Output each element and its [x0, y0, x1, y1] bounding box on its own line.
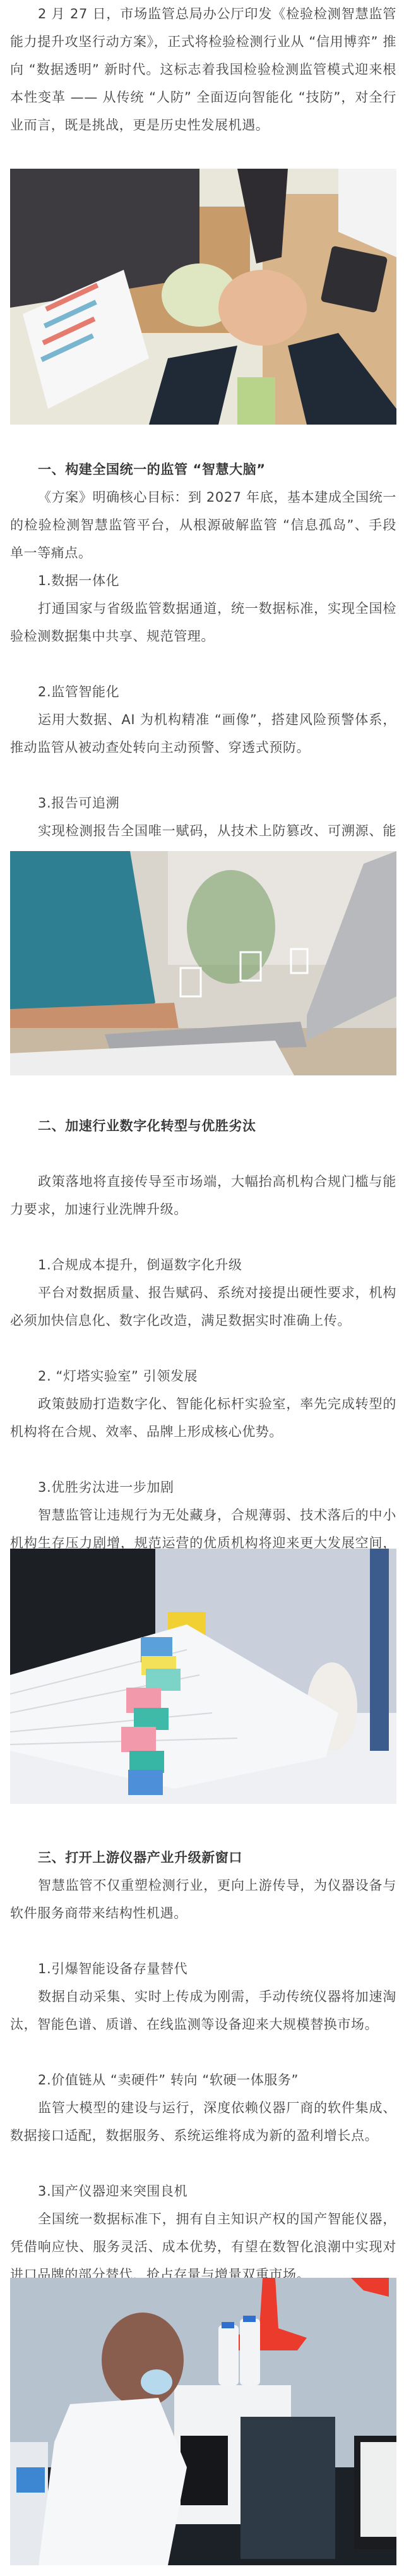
section-2-item-3-title: 3.优胜劣汰进一步加剧 [10, 1473, 396, 1501]
lab-instrument-photo-icon [10, 2278, 396, 2565]
lab-instrument-image [10, 2278, 396, 2565]
section-2-heading: 二、加速行业数字化转型与优胜劣汰 [10, 1112, 396, 1140]
teamwork-hands-photo-icon [10, 169, 396, 425]
section-2-item-1-title: 1.合规成本提升，倒逼数字化升级 [10, 1251, 396, 1279]
paper-stack-photo-icon [10, 1549, 396, 1804]
section-1-item-2-body: 运用大数据、AI 为机构精准 “画像”，搭建风险预警体系，推动监管从被动查处转向… [10, 706, 396, 761]
section-2-item-1-body: 平台对数据质量、报告赋码、系统对接提出硬性要求，机构必须加快信息化、数字化改造，… [10, 1279, 396, 1334]
section-3-item-3-body: 全国统一数据标准下，拥有自主知识产权的国产智能仪器，凭借响应快、服务灵活、成本优… [10, 2205, 396, 2289]
section-3-heading: 三、打开上游仪器产业升级新窗口 [10, 1844, 396, 1872]
section-2-item-2-body: 政策鼓励打造数字化、智能化标杆实验室，率先完成转型的机构将在合规、效率、品牌上形… [10, 1390, 396, 1446]
section-3-item-2-body: 监管大模型的建设与运行，深度依赖仪器厂商的软件集成、数据接口适配，数据服务、系统… [10, 2094, 396, 2150]
section-1-item-1-body: 打通国家与省级监管数据通道，统一数据标准，实现全国检验检测数据集中共享、规范管理… [10, 595, 396, 650]
section-2: 二、加速行业数字化转型与优胜劣汰 政策落地将直接传导至市场端，大幅抬高机构合规门… [10, 1112, 396, 1585]
section-3-item-1-title: 1.引爆智能设备存量替代 [10, 1955, 396, 1983]
section-3-intro: 智慧监管不仅重塑检测行业，更向上游传导，为仪器设备与软件服务商带来结构性机遇。 [10, 1872, 396, 1927]
laptop-documents-photo-icon [10, 851, 396, 1075]
paper-stack-image [10, 1549, 396, 1804]
section-1-intro: 《方案》明确核心目标：到 2027 年底，基本建成全国统一的检验检测智慧监管平台… [10, 483, 396, 567]
teamwork-hands-image [10, 169, 396, 425]
section-3-item-2-title: 2.价值链从 “卖硬件” 转向 “软硬一体服务” [10, 2066, 396, 2094]
section-1-item-2-title: 2.监管智能化 [10, 678, 396, 706]
section-1-item-1-title: 1.数据一体化 [10, 567, 396, 595]
section-1-item-3-title: 3.报告可追溯 [10, 789, 396, 817]
intro-paragraph: 2 月 27 日，市场监管总局办公厅印发《检验检测智慧监管能力提升攻坚行动方案》… [10, 0, 396, 139]
section-1: 一、构建全国统一的监管 “智慧大脑” 《方案》明确核心目标：到 2027 年底，… [10, 456, 396, 873]
intro-block: 2 月 27 日，市场监管总局办公厅印发《检验检测智慧监管能力提升攻坚行动方案》… [10, 0, 396, 139]
section-3-item-3-title: 3.国产仪器迎来突围良机 [10, 2177, 396, 2205]
section-2-intro: 政策落地将直接传导至市场端，大幅抬高机构合规门槛与能力要求，加速行业洗牌升级。 [10, 1168, 396, 1223]
section-3-item-1-body: 数据自动采集、实时上传成为刚需，手动传统仪器将加速淘汰，智能色谱、质谱、在线监测… [10, 1983, 396, 2038]
section-1-heading: 一、构建全国统一的监管 “智慧大脑” [10, 456, 396, 483]
section-3: 三、打开上游仪器产业升级新窗口 智慧监管不仅重塑检测行业，更向上游传导，为仪器设… [10, 1844, 396, 2289]
laptop-documents-image [10, 851, 396, 1075]
section-2-item-2-title: 2. “灯塔实验室” 引领发展 [10, 1362, 396, 1390]
